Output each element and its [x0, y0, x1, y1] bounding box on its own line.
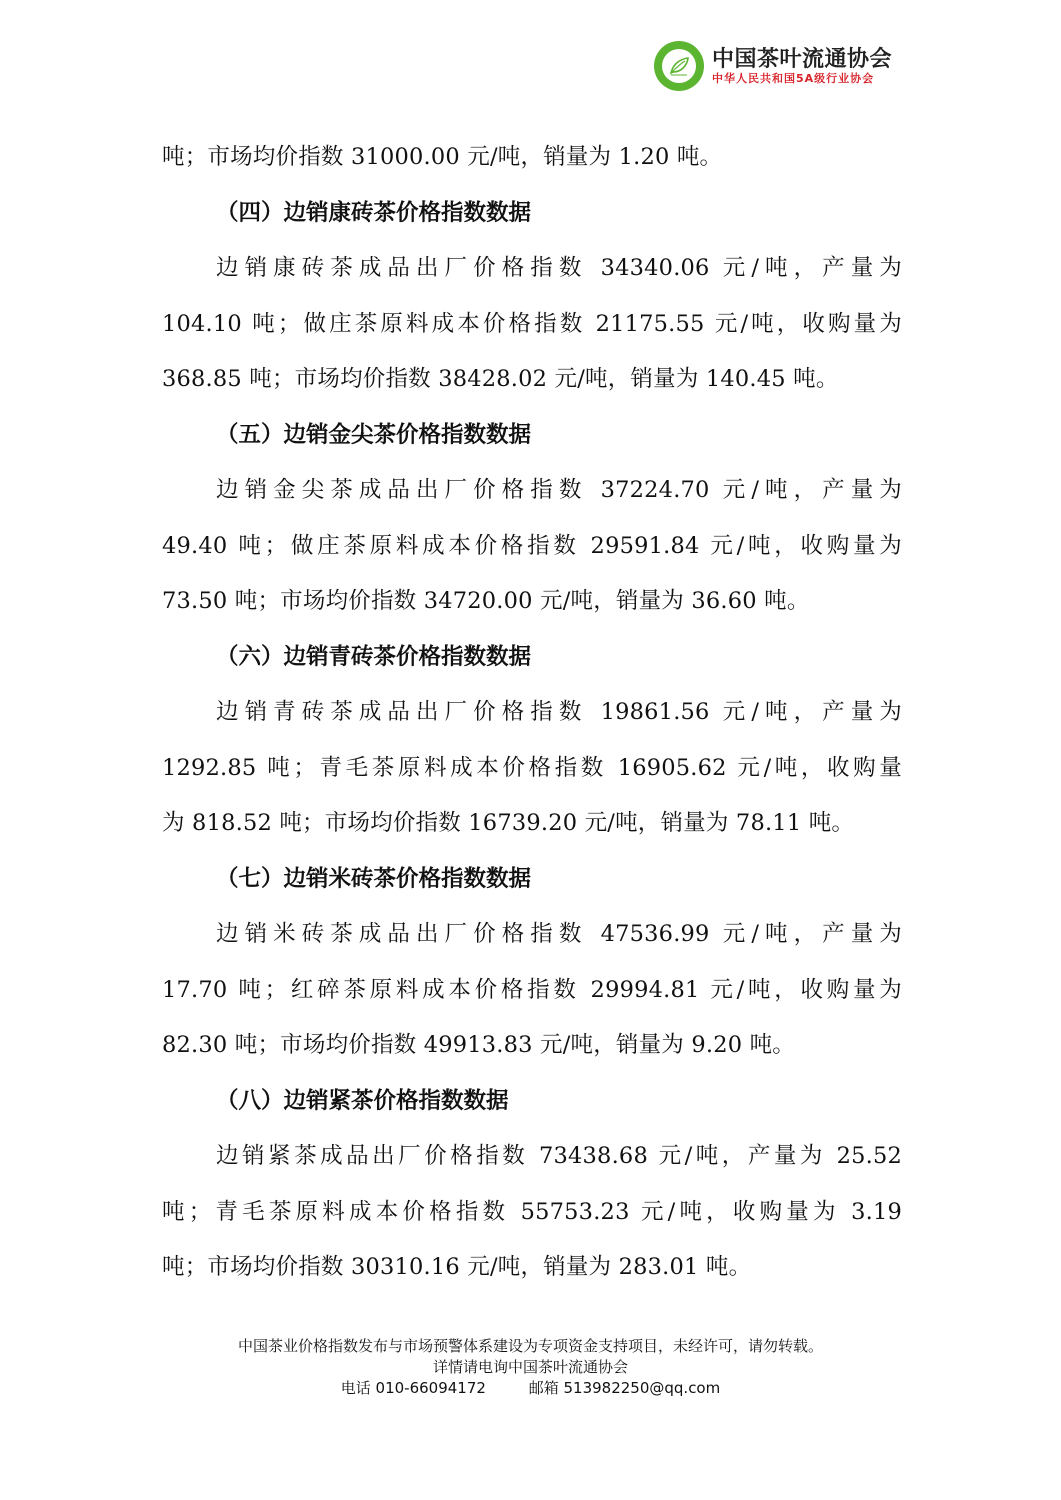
paragraph-line: 吨；青毛茶原料成本价格指数 55753.23 元/吨，收购量为 3.19 [162, 1185, 902, 1241]
org-name: 中国茶叶流通协会 [712, 46, 892, 72]
tea-leaf-emblem-icon [654, 41, 704, 91]
section-heading: （四）边销康砖茶价格指数数据 [162, 186, 902, 242]
section-heading: （八）边销紧茶价格指数数据 [162, 1074, 902, 1130]
paragraph-line: 17.70 吨；红碎茶原料成本价格指数 29994.81 元/吨，收购量为 [162, 963, 902, 1019]
footer-inquiry: 详情请电询中国茶叶流通协会 [0, 1357, 1061, 1378]
header-logo: 中国茶叶流通协会 中华人民共和国5A级行业协会 [654, 38, 934, 94]
section-mizhuan: （七）边销米砖茶价格指数数据 边销米砖茶成品出厂价格指数 47536.99 元/… [162, 852, 902, 1074]
paragraph-line: 73.50 吨；市场均价指数 34720.00 元/吨，销量为 36.60 吨。 [162, 574, 902, 630]
section-heading: （五）边销金尖茶价格指数数据 [162, 408, 902, 464]
paragraph-line: 边销紧茶成品出厂价格指数 73438.68 元/吨，产量为 25.52 [162, 1129, 902, 1185]
footer-phone: 电话 010-66094172 [341, 1379, 486, 1397]
section-kangzhuan: （四）边销康砖茶价格指数数据 边销康砖茶成品出厂价格指数 34340.06 元/… [162, 186, 902, 408]
document-body: 吨；市场均价指数 31000.00 元/吨，销量为 1.20 吨。 （四）边销康… [162, 130, 902, 1296]
footer-notice: 中国茶业价格指数发布与市场预警体系建设为专项资金支持项目，未经许可，请勿转载。 [0, 1336, 1061, 1357]
paragraph-line: 1292.85 吨；青毛茶原料成本价格指数 16905.62 元/吨，收购量 [162, 741, 902, 797]
paragraph-line: 边销青砖茶成品出厂价格指数 19861.56 元/吨，产量为 [162, 685, 902, 741]
continuation-line: 吨；市场均价指数 31000.00 元/吨，销量为 1.20 吨。 [162, 130, 902, 186]
paragraph-line: 吨；市场均价指数 30310.16 元/吨，销量为 283.01 吨。 [162, 1240, 902, 1296]
paragraph-line: 边销金尖茶成品出厂价格指数 37224.70 元/吨，产量为 [162, 463, 902, 519]
footer-email: 邮箱 513982250@qq.com [529, 1379, 721, 1397]
paragraph-line: 82.30 吨；市场均价指数 49913.83 元/吨，销量为 9.20 吨。 [162, 1018, 902, 1074]
section-qingzhuan: （六）边销青砖茶价格指数数据 边销青砖茶成品出厂价格指数 19861.56 元/… [162, 630, 902, 852]
section-heading: （六）边销青砖茶价格指数数据 [162, 630, 902, 686]
paragraph-line: 边销康砖茶成品出厂价格指数 34340.06 元/吨，产量为 [162, 241, 902, 297]
paragraph-line: 104.10 吨；做庄茶原料成本价格指数 21175.55 元/吨，收购量为 [162, 297, 902, 353]
org-subtitle: 中华人民共和国5A级行业协会 [712, 72, 892, 86]
page-footer: 中国茶业价格指数发布与市场预警体系建设为专项资金支持项目，未经许可，请勿转载。 … [0, 1336, 1061, 1399]
paragraph-line: 边销米砖茶成品出厂价格指数 47536.99 元/吨，产量为 [162, 907, 902, 963]
section-heading: （七）边销米砖茶价格指数数据 [162, 852, 902, 908]
section-jincha: （八）边销紧茶价格指数数据 边销紧茶成品出厂价格指数 73438.68 元/吨，… [162, 1074, 902, 1296]
paragraph-line: 49.40 吨；做庄茶原料成本价格指数 29591.84 元/吨，收购量为 [162, 519, 902, 575]
section-jinjian: （五）边销金尖茶价格指数数据 边销金尖茶成品出厂价格指数 37224.70 元/… [162, 408, 902, 630]
footer-contact: 电话 010-66094172 邮箱 513982250@qq.com [0, 1378, 1061, 1399]
paragraph-line: 为 818.52 吨；市场均价指数 16739.20 元/吨，销量为 78.11… [162, 796, 902, 852]
paragraph-line: 368.85 吨；市场均价指数 38428.02 元/吨，销量为 140.45 … [162, 352, 902, 408]
